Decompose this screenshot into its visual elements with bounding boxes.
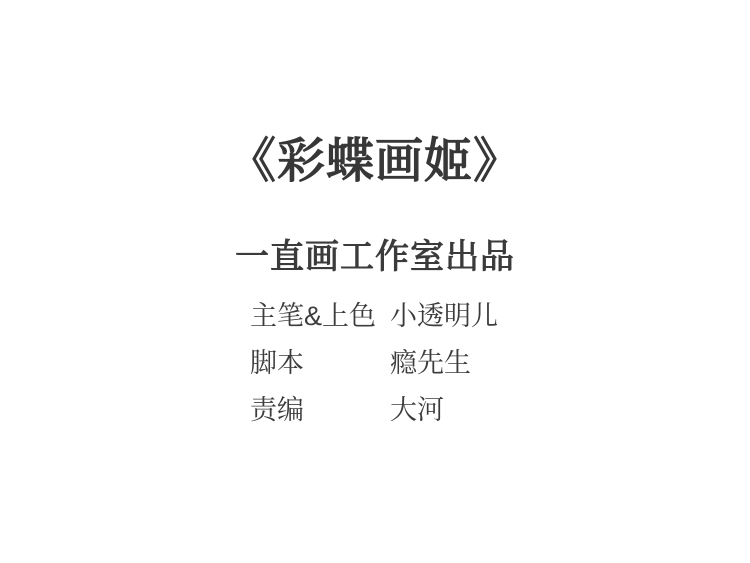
credit-role-label: 主笔&上色: [250, 294, 390, 333]
credit-person-name: 小透明儿: [390, 294, 498, 333]
credit-row-script: 脚本 瘾先生: [250, 337, 500, 384]
credit-role-label: 脚本: [250, 341, 390, 380]
credits-page: 《彩蝶画姬》 一直画工作室出品 主笔&上色 小透明儿 脚本 瘾先生 责编 大河: [0, 0, 750, 563]
credit-row-artist: 主笔&上色 小透明儿: [250, 290, 500, 337]
credit-row-editor: 责编 大河: [250, 384, 500, 431]
credit-person-name: 瘾先生: [390, 341, 471, 380]
page-title: 《彩蝶画姬》: [0, 0, 750, 192]
credit-person-name: 大河: [390, 388, 444, 427]
studio-production-line: 一直画工作室出品: [0, 236, 750, 278]
credit-role-label: 责编: [250, 388, 390, 427]
credits-list: 主笔&上色 小透明儿 脚本 瘾先生 责编 大河: [250, 290, 500, 431]
